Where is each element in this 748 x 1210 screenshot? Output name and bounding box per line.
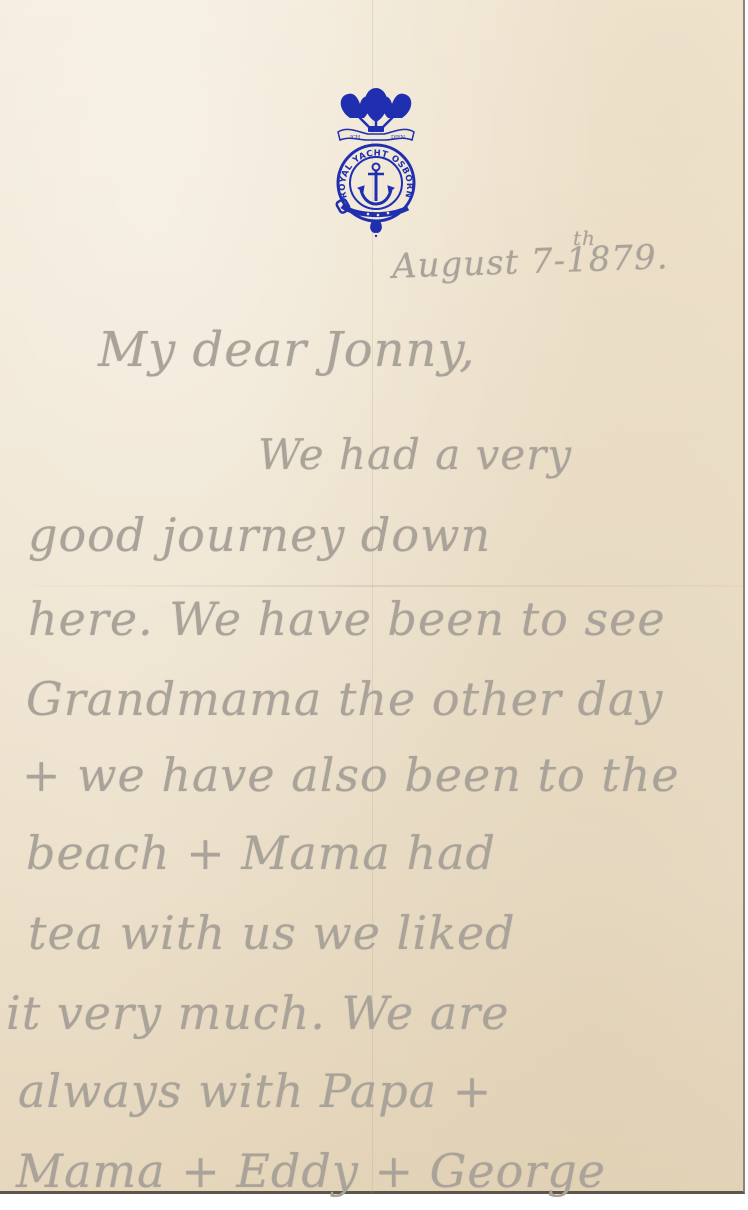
letter-line: beach + Mama had <box>26 826 496 880</box>
letter-line: good journey down <box>28 508 491 562</box>
letter-line: here. We have been to see <box>28 592 666 646</box>
letter-line: + we have also been to the <box>22 748 680 802</box>
paper-fold-horizontal <box>0 585 745 587</box>
letter-paper: ICH DIEN ROYAL YACHT OSBORNE <box>0 0 745 1194</box>
letter-line: We had a very <box>258 430 572 479</box>
letter-date-superscript: th <box>573 226 596 250</box>
letter-line: always with Papa + <box>18 1064 492 1118</box>
letter-line: Mama + Eddy + George <box>16 1144 606 1198</box>
letter-line: tea with us we liked <box>28 906 516 960</box>
letter-line: it very much. We are <box>6 986 510 1040</box>
letter-line: Grandmama the other day <box>26 672 663 726</box>
svg-text:ICH: ICH <box>350 135 361 141</box>
letter-salutation: My dear Jonny, <box>98 322 475 378</box>
letter-date: August 7-1879. <box>391 237 669 287</box>
svg-text:DIEN: DIEN <box>391 135 406 141</box>
royal-yacht-osborne-crest-icon: ICH DIEN ROYAL YACHT OSBORNE <box>328 88 424 238</box>
